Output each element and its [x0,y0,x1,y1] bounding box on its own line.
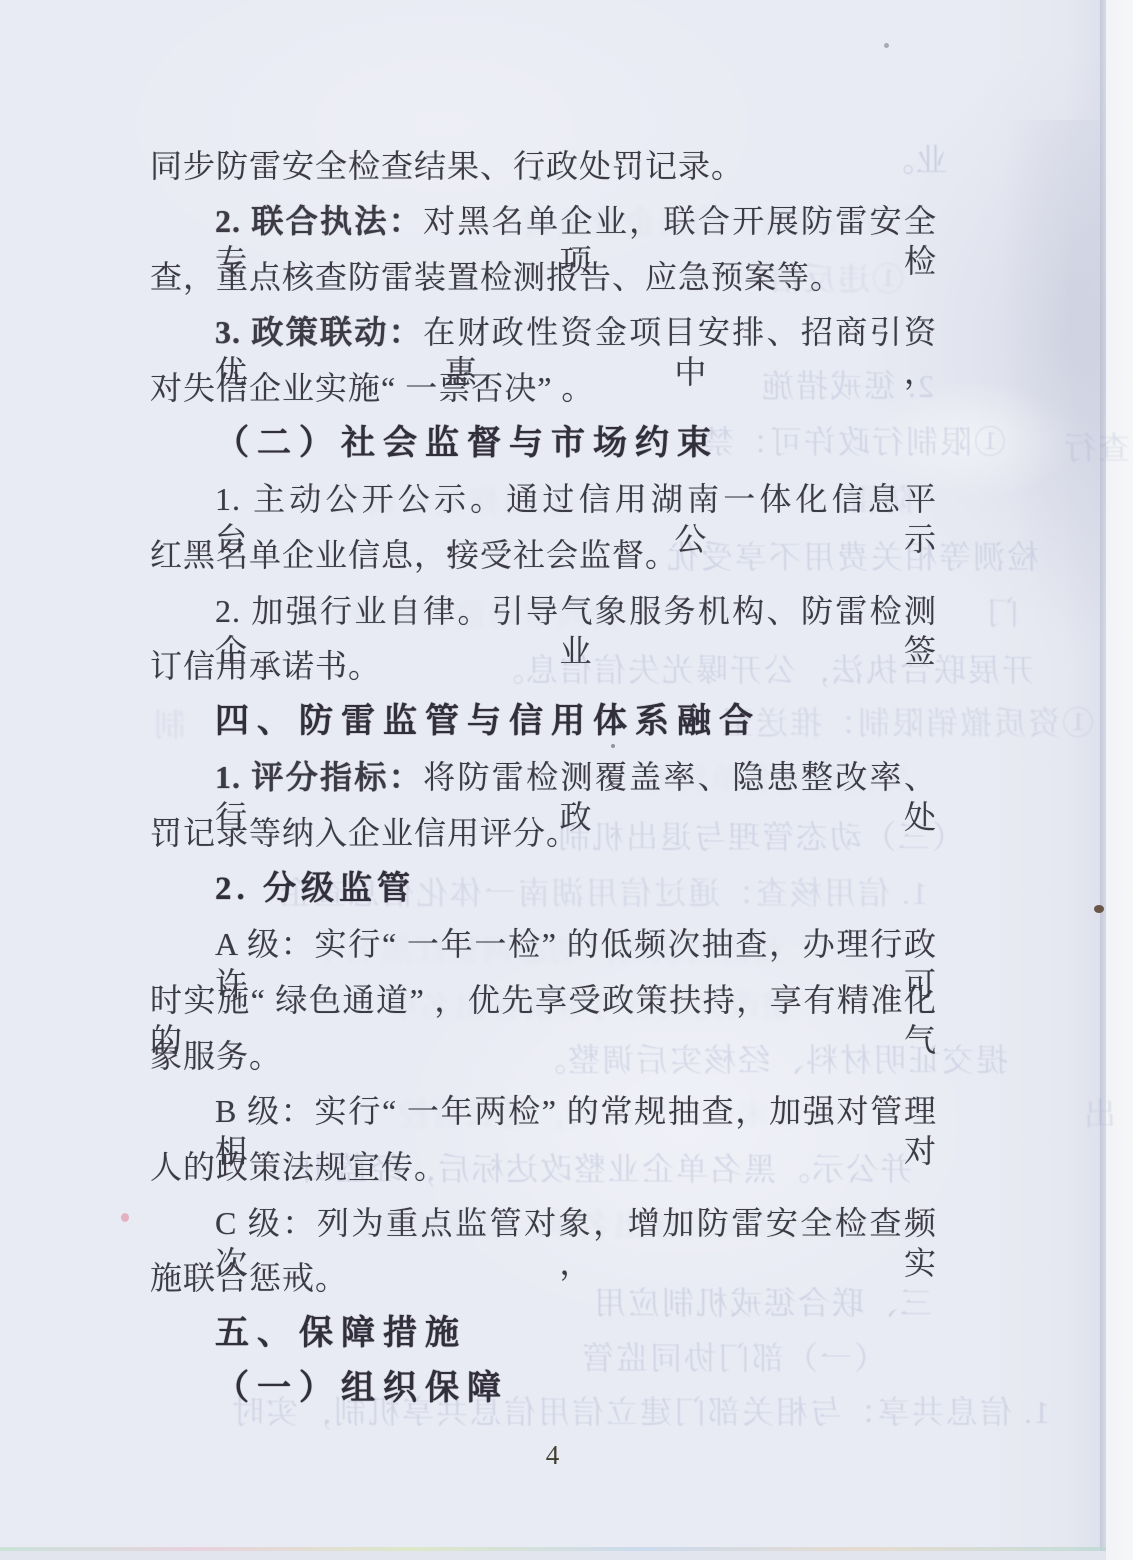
text-line: 红黑名单企业信息，接受社会监督。 [150,535,678,575]
page-number: 4 [0,1440,1106,1471]
document-text-layer: 业。①警示约谈：约谈企业负责①违反信2. 惩戒措施①限制行政许可：禁查行防雷信用… [0,0,1106,1560]
bleedthrough-text: （一）部门协同监管 [580,1338,886,1378]
text-run: 同步防雷安全检查结果、行政处罚记录。 [150,148,744,184]
bold-run: 3. 政策联动： [215,314,423,350]
scanner-background-strip [1106,0,1133,1560]
text-run: 施联合惩戒。 [150,1260,348,1296]
text-run: 五、保障措施 [215,1315,467,1352]
bleedthrough-text: ①限制行政许可：禁 [700,422,1006,462]
bleedthrough-text: 业。 [880,140,948,180]
scan-bottom-mat [0,1551,1106,1560]
bleedthrough-text: 门 [985,593,1019,633]
scanned-document-page: { "page": { "number": "4", "kind": "scan… [0,0,1133,1560]
text-run: 四、防雷监管与信用体系融合 [215,703,761,740]
bleedthrough-text: ①资质撤销限制：推送至 [720,703,1094,743]
text-line: 对失信企业实施“ 一票否决” 。 [150,368,594,408]
bold-run: 2. 联合执法： [215,203,423,239]
text-run: 罚记录等纳入企业信用评分。 [150,815,579,851]
text-line: 订信用承诺书。 [150,646,381,686]
scan-speck [121,1213,129,1222]
scan-speck [537,177,541,181]
scan-speck [1094,905,1104,913]
text-run: 查，重点核查防雷装置检测报告、应急预案等。 [150,259,843,295]
text-run: 人的政策法规宣传。 [150,1149,447,1185]
heading-line: 2. 分级监管 [150,869,415,909]
text-run: 象服务。 [150,1038,282,1074]
bleedthrough-text: 查行 [1062,428,1130,468]
text-run: 红黑名单企业信息，接受社会监督。 [150,537,678,573]
text-line: 人的政策法规宣传。 [150,1147,447,1187]
text-line: 象服务。 [150,1036,282,1076]
bold-run: 1. 评分指标： [215,759,423,795]
text-run: （二）社会监督与市场约束 [215,425,719,462]
text-line: 施联合惩戒。 [150,1258,348,1298]
text-run: （一）组织保障 [215,1370,509,1407]
bleedthrough-text: 三、联合惩戒机制应用 [592,1283,932,1323]
scan-speck [611,744,615,748]
scan-speck [884,43,889,48]
text-run: 2. 分级监管 [215,871,415,907]
heading-line: 四、防雷监管与信用体系融合 [150,702,761,742]
bleedthrough-text: 出 [1082,1094,1116,1134]
heading-line: 五、保障措施 [150,1314,467,1354]
text-line: 罚记录等纳入企业信用评分。 [150,813,579,853]
text-run: 对失信企业实施“ 一票否决” 。 [150,370,594,406]
heading-line: （二）社会监督与市场约束 [150,424,719,464]
text-run: 订信用承诺书。 [150,648,381,684]
heading-line: （一）组织保障 [150,1369,509,1409]
text-line: 查，重点核查防雷装置检测报告、应急预案等。 [150,257,843,297]
text-line: 同步防雷安全检查结果、行政处罚记录。 [150,146,744,186]
